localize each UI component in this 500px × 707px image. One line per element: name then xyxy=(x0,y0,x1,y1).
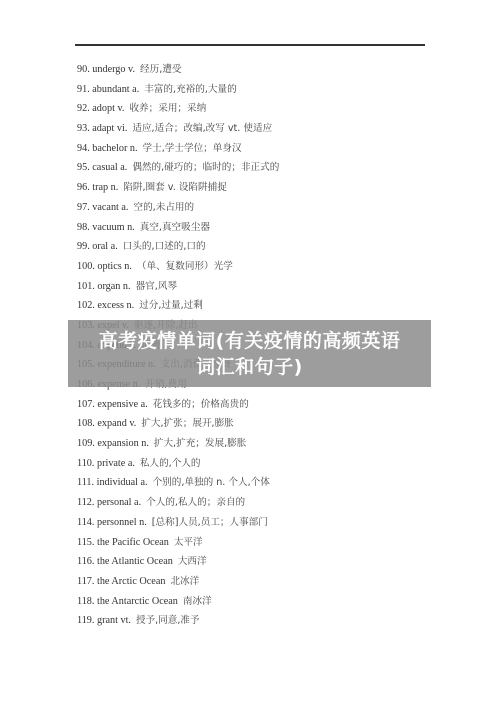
entry-word: organ n. xyxy=(97,281,130,292)
entry-definition: 扩大,扩充；发展,膨胀 xyxy=(154,438,246,449)
entry-number: 92. xyxy=(77,103,90,114)
entry-definition: 丰富的,充裕的,大量的 xyxy=(144,84,236,95)
entry-word: optics n. xyxy=(97,261,132,272)
entry-number: 97. xyxy=(77,202,90,213)
entry-word: expensive a. xyxy=(97,399,147,410)
entry-definition: 器官,风琴 xyxy=(136,281,177,292)
entry-definition: 过分,过量,过剩 xyxy=(139,300,203,311)
entry-number: 96. xyxy=(77,182,90,193)
entry-word: the Pacific Ocean xyxy=(97,537,169,548)
vocab-entry: 97. vacant a.空的,未占用的 xyxy=(77,198,279,218)
title-overlay-banner: 高考疫情单词(有关疫情的高频英语 词汇和句子) xyxy=(68,320,431,387)
entry-definition: 太平洋 xyxy=(174,537,203,548)
entry-definition: 偶然的,碰巧的；临时的；非正式的 xyxy=(132,162,279,173)
entry-definition: 花钱多的；价格高贵的 xyxy=(153,399,249,410)
entry-number: 115. xyxy=(77,537,94,548)
vocab-entry: 108. expand v.扩大,扩张；展开,膨胀 xyxy=(77,414,279,434)
entry-definition: 北冰洋 xyxy=(170,576,199,587)
entry-definition: （单、复数同形）光学 xyxy=(137,261,233,272)
entry-number: 114. xyxy=(77,517,94,528)
vocab-entry: 101. organ n.器官,风琴 xyxy=(77,277,279,297)
vocab-entry: 118. the Antarctic Ocean南冰洋 xyxy=(77,592,279,612)
entry-definition: 空的,未占用的 xyxy=(133,202,194,213)
entry-word: the Antarctic Ocean xyxy=(97,596,178,607)
entry-number: 90. xyxy=(77,64,90,75)
vocab-entry: 109. expansion n.扩大,扩充；发展,膨胀 xyxy=(77,434,279,454)
entry-word: personal a. xyxy=(97,497,141,508)
entry-number: 109. xyxy=(77,438,95,449)
entry-word: individual a. xyxy=(97,477,148,488)
entry-definition: 大西洋 xyxy=(178,556,207,567)
entry-number: 118. xyxy=(77,596,94,607)
entry-number: 119. xyxy=(77,615,94,626)
entry-definition: 经历,遭受 xyxy=(140,64,181,75)
entry-number: 91. xyxy=(77,84,90,95)
vocab-entry: 99. oral a.口头的,口述的,口的 xyxy=(77,237,279,257)
entry-word: grant vt. xyxy=(97,615,131,626)
entry-word: the Atlantic Ocean xyxy=(97,556,173,567)
entry-word: adapt vi. xyxy=(92,123,127,134)
entry-word: casual a. xyxy=(92,162,127,173)
vocab-entry: 95. casual a.偶然的,碰巧的；临时的；非正式的 xyxy=(77,158,279,178)
entry-word: expansion n. xyxy=(97,438,149,449)
entry-word: trap n. xyxy=(92,182,118,193)
entry-number: 102. xyxy=(77,300,95,311)
entry-number: 101. xyxy=(77,281,95,292)
entry-number: 94. xyxy=(77,143,90,154)
entry-word: vacuum n. xyxy=(92,222,134,233)
vocab-entry: 117. the Arctic Ocean北冰洋 xyxy=(77,572,279,592)
entry-number: 116. xyxy=(77,556,94,567)
vocab-entry: 111. individual a.个别的,单独的 n. 个人,个体 xyxy=(77,473,279,493)
entry-word: adopt v. xyxy=(92,103,124,114)
entry-definition: 真空,真空吸尘器 xyxy=(140,222,210,233)
entry-word: private a. xyxy=(97,458,135,469)
entry-word: the Arctic Ocean xyxy=(97,576,165,587)
entry-definition: 私人的,个人的 xyxy=(140,458,201,469)
vocab-entry: 112. personal a.个人的,私人的；亲自的 xyxy=(77,493,279,513)
entry-definition: 南冰洋 xyxy=(183,596,212,607)
entry-definition: 扩大,扩张；展开,膨胀 xyxy=(141,418,233,429)
vocab-entry: 93. adapt vi.适应,适合；改编,改写 vt. 使适应 xyxy=(77,119,279,139)
entry-number: 100. xyxy=(77,261,95,272)
entry-word: bachelor n. xyxy=(92,143,137,154)
entry-definition: 学士,学士学位；单身汉 xyxy=(143,143,242,154)
header-rule xyxy=(75,44,425,46)
entry-number: 98. xyxy=(77,222,90,233)
vocab-entry: 96. trap n.陷阱,圈套 v. 设陷阱捕捉 xyxy=(77,178,279,198)
entry-number: 111. xyxy=(77,477,94,488)
entry-number: 107. xyxy=(77,399,95,410)
document-page: 90. undergo v.经历,遭受91. abundant a.丰富的,充裕… xyxy=(0,0,500,707)
vocab-entry: 119. grant vt.授予,同意,准予 xyxy=(77,611,279,631)
banner-title-line-2: 词汇和句子) xyxy=(196,354,303,380)
entry-definition: 个别的,单独的 n. 个人,个体 xyxy=(153,477,270,488)
entry-number: 108. xyxy=(77,418,95,429)
entry-word: personnel n. xyxy=(97,517,147,528)
entry-number: 112. xyxy=(77,497,94,508)
entry-number: 95. xyxy=(77,162,90,173)
entry-definition: [总称]人员,员工；人事部门 xyxy=(152,517,268,528)
vocab-entry: 94. bachelor n.学士,学士学位；单身汉 xyxy=(77,139,279,159)
vocab-entry: 92. adopt v.收养；采用；采纳 xyxy=(77,99,279,119)
entry-word: oral a. xyxy=(92,241,117,252)
vocab-entry: 100. optics n.（单、复数同形）光学 xyxy=(77,257,279,277)
entry-number: 99. xyxy=(77,241,90,252)
vocab-entry: 116. the Atlantic Ocean大西洋 xyxy=(77,552,279,572)
vocab-entry: 110. private a.私人的,个人的 xyxy=(77,454,279,474)
entry-definition: 授予,同意,准予 xyxy=(136,615,200,626)
vocab-entry: 102. excess n.过分,过量,过剩 xyxy=(77,296,279,316)
entry-number: 110. xyxy=(77,458,94,469)
entry-definition: 陷阱,圈套 v. 设陷阱捕捉 xyxy=(123,182,226,193)
entry-word: excess n. xyxy=(97,300,134,311)
vocab-entry: 115. the Pacific Ocean太平洋 xyxy=(77,533,279,553)
entry-word: abundant a. xyxy=(92,84,139,95)
entry-word: vacant a. xyxy=(92,202,128,213)
entry-number: 93. xyxy=(77,123,90,134)
vocab-entry: 107. expensive a.花钱多的；价格高贵的 xyxy=(77,395,279,415)
entry-definition: 口头的,口述的,口的 xyxy=(123,241,206,252)
vocab-entry: 98. vacuum n.真空,真空吸尘器 xyxy=(77,218,279,238)
entry-definition: 收养；采用；采纳 xyxy=(129,103,206,114)
entry-number: 117. xyxy=(77,576,94,587)
entry-word: expand v. xyxy=(97,418,136,429)
entry-definition: 适应,适合；改编,改写 vt. 使适应 xyxy=(132,123,272,134)
vocab-entry: 114. personnel n.[总称]人员,员工；人事部门 xyxy=(77,513,279,533)
entry-word: undergo v. xyxy=(92,64,135,75)
vocab-entry: 90. undergo v.经历,遭受 xyxy=(77,60,279,80)
entry-definition: 个人的,私人的；亲自的 xyxy=(146,497,245,508)
vocab-entry: 91. abundant a.丰富的,充裕的,大量的 xyxy=(77,80,279,100)
banner-title-line-1: 高考疫情单词(有关疫情的高频英语 xyxy=(99,328,401,354)
